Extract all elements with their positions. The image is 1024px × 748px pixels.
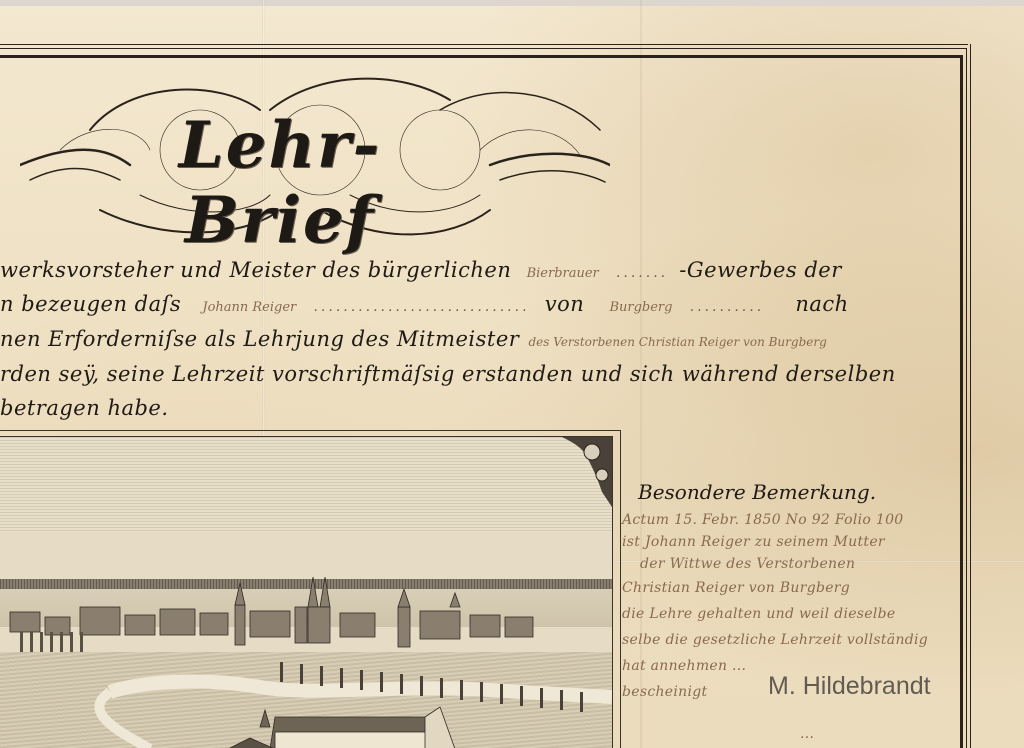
remark-signature: ... [800, 726, 814, 742]
dotted-fill: ....... [616, 265, 668, 281]
town-view-engraving [0, 436, 613, 748]
engraving-sky [0, 437, 612, 532]
frame-line-top-thin-2 [0, 48, 966, 49]
printed-text: nach [795, 292, 848, 316]
watermark-text: M. Hildebrandt [768, 672, 931, 701]
frame-line-right-thick [960, 55, 963, 748]
body-line-3: nen Erforderniſse als Lehrjung des Mitme… [0, 327, 827, 351]
remark-line: der Wittwe des Verstorbenen [640, 556, 855, 572]
handwritten-master: des Verstorbenen Christian Reiger von Bu… [529, 335, 827, 349]
printed-text: werksvorsteher und Meister des bürgerlic… [0, 258, 511, 282]
document-title: Lehr-Brief [90, 108, 470, 258]
frame-line-right-thin [966, 48, 967, 748]
fields-path-and-trees-icon [0, 652, 612, 748]
frame-line-right-thin-2 [970, 44, 971, 748]
handwritten-place: Burgberg [609, 300, 672, 315]
remark-line: hat annehmen ... [622, 658, 746, 674]
remark-line: Actum 15. Febr. 1850 No 92 Folio 100 [622, 512, 904, 528]
frame-line-top-thick [0, 55, 962, 58]
body-line-2: n bezeugen daſs Johann Reiger ..........… [0, 292, 849, 316]
remarks-heading: Besondere Bemerkung. [638, 480, 876, 504]
handwritten-trade: Bierbrauer [527, 266, 599, 281]
remark-line: selbe die gesetzliche Lehrzeit vollständ… [622, 632, 928, 648]
paper-top-edge [0, 0, 1024, 6]
dotted-fill: .......... [690, 299, 765, 315]
frame-line-top-thin [0, 44, 968, 45]
printed-text: nen Erforderniſse als Lehrjung des Mitme… [0, 327, 519, 351]
remark-line: die Lehre gehalten und weil dieselbe [622, 606, 896, 622]
remark-line: Christian Reiger von Burgberg [622, 580, 850, 596]
body-line-5: betragen habe. [0, 396, 169, 420]
dotted-fill: ............................. [313, 299, 529, 315]
printed-text: -Gewerbes der [679, 258, 841, 282]
body-line-1: werksvorsteher und Meister des bürgerlic… [0, 258, 842, 282]
town-buildings-icon [0, 577, 612, 657]
ornamental-corner-icon [562, 437, 612, 507]
body-line-4: rden seÿ, seine Lehrzeit vorschriftmäſsi… [0, 362, 896, 386]
printed-text: n bezeugen daſs [0, 292, 181, 316]
handwritten-name: Johann Reiger [202, 300, 296, 315]
title-block: Lehr-Brief [20, 70, 610, 240]
remark-line: bescheinigt [622, 684, 707, 700]
remark-line: ist Johann Reiger zu seinem Mutter [622, 534, 885, 550]
printed-text: von [545, 292, 585, 316]
